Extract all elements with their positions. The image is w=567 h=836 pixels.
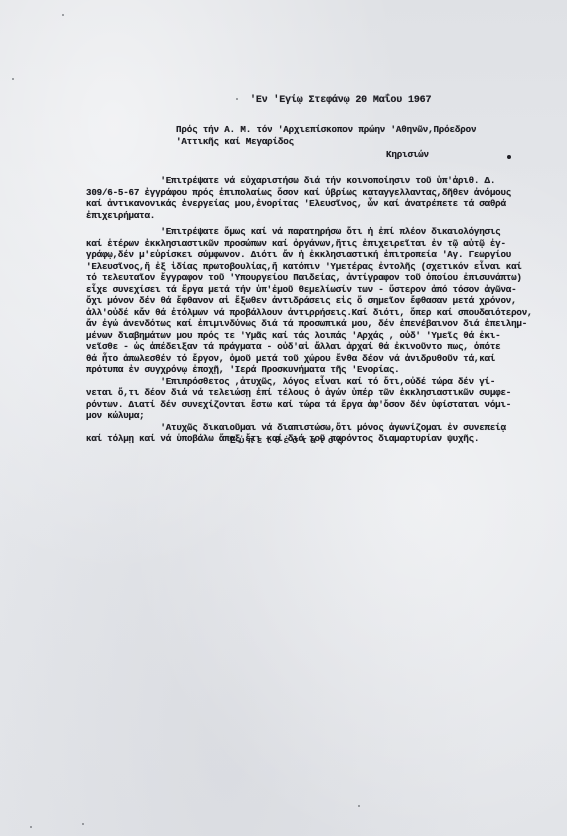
- letter-body: 'Επιτρέψατε νά εὐχαριστήσω διά τήν κοινο…: [86, 175, 556, 445]
- body-line: γράφῳ,δέν μ'εὑρίσκει σύμφωνον. Διότι ἄν …: [86, 249, 556, 261]
- body-line: 'Επιπρόσθετος ,ἀτυχῶς, λόγος εἶναι καί τ…: [86, 376, 556, 388]
- closing-signoff: Εὐπειθέστατος: [230, 435, 346, 446]
- body-line: μένων διαβημάτων μου πρός τε 'Υμᾶς καί τ…: [86, 330, 556, 342]
- body-line: ὄχι μόνον δέν θά ἔφθανον αἱ ἔξωθεν ἀντιδ…: [86, 295, 556, 307]
- paper-speck: [82, 823, 84, 825]
- body-line: θά ἦτο ἀπωλεσθέν τό ἔργον, ὁμοῦ μετά τοῦ…: [86, 353, 556, 365]
- paper-speck: [358, 805, 360, 807]
- body-line: μον κώλυμα;: [86, 410, 556, 422]
- paper-speck: [236, 98, 238, 100]
- body-line: 'Ελευσῖνος,ἤ ἐξ ἰδίας πρωτοβουλίας,ἤ κατ…: [86, 261, 556, 273]
- paper-speck: [12, 78, 14, 80]
- addressee-line-1: Πρός τήν Α. Μ. τόν 'Αρχιεπίσκοπον πρώην …: [176, 124, 476, 136]
- body-line: 'Ατυχῶς δικαιοῦμαι νά διαπιστώσω,ὅτι μόν…: [86, 422, 556, 434]
- body-line: ρόντων. Διατί δέν συνεχίζονται ἔστω καί …: [86, 399, 556, 411]
- body-line: νεται ὅ,τι δέον διά νά τελειώσῃ ἐπί τέλο…: [86, 387, 556, 399]
- addressee-line-2: 'Αττικῆς καί Μεγαρίδος: [176, 136, 294, 148]
- body-line: 309/6-5-67 ἐγγράφου πρός ἐπιπολαίως ὅσον…: [86, 187, 556, 199]
- letter-page: 'Εν 'Εγίῳ Στεφάνῳ 20 Μαΐου 1967 Πρός τήν…: [0, 0, 567, 836]
- body-line: 'Επιτρέψατε νά εὐχαριστήσω διά τήν κοινο…: [86, 175, 556, 187]
- paper-speck: [30, 826, 32, 828]
- body-line: τό τελευταῖον ἔγγραφον τοῦ 'Υπουργείου Π…: [86, 272, 556, 284]
- salutation: Κηρισιών: [386, 149, 429, 161]
- body-line: ἀλλ'οὐδέ κἄν θά ἐτόλμων νά προβάλλουν ἀν…: [86, 307, 556, 319]
- dateline: 'Εν 'Εγίῳ Στεφάνῳ 20 Μαΐου 1967: [250, 95, 431, 107]
- body-line: 'Επιτρέψατε ὅμως καί νά παρατηρήσω ὅτι ἡ…: [86, 226, 556, 238]
- body-line: εἶχε συνεχίσει τά ἔργα μετά τήν ὑπ'ἐμοῦ …: [86, 284, 556, 296]
- body-line: ἐπιχειρήματα.: [86, 210, 556, 222]
- body-line: νεῖσθε - ὡς ἀπέδειξαν τά πράγματα - οὐδ'…: [86, 341, 556, 353]
- body-line: ἄν ἐγώ ἀνενδότως καί ἐπιμινδύνως διά τά …: [86, 318, 556, 330]
- ink-dot: [507, 155, 511, 159]
- body-line: καί ἀντικανονικάς ἐνεργείας μου,ἐνορίτας…: [86, 198, 556, 210]
- body-line: πρότυπα ἐν συγχρόνῳ ἐποχῇ, 'Ιερά Προσκυν…: [86, 364, 556, 376]
- body-line: καί ἑτέρων ἐκκλησιαστικῶν προσώπων καί ὀ…: [86, 238, 556, 250]
- paper-speck: [62, 14, 64, 16]
